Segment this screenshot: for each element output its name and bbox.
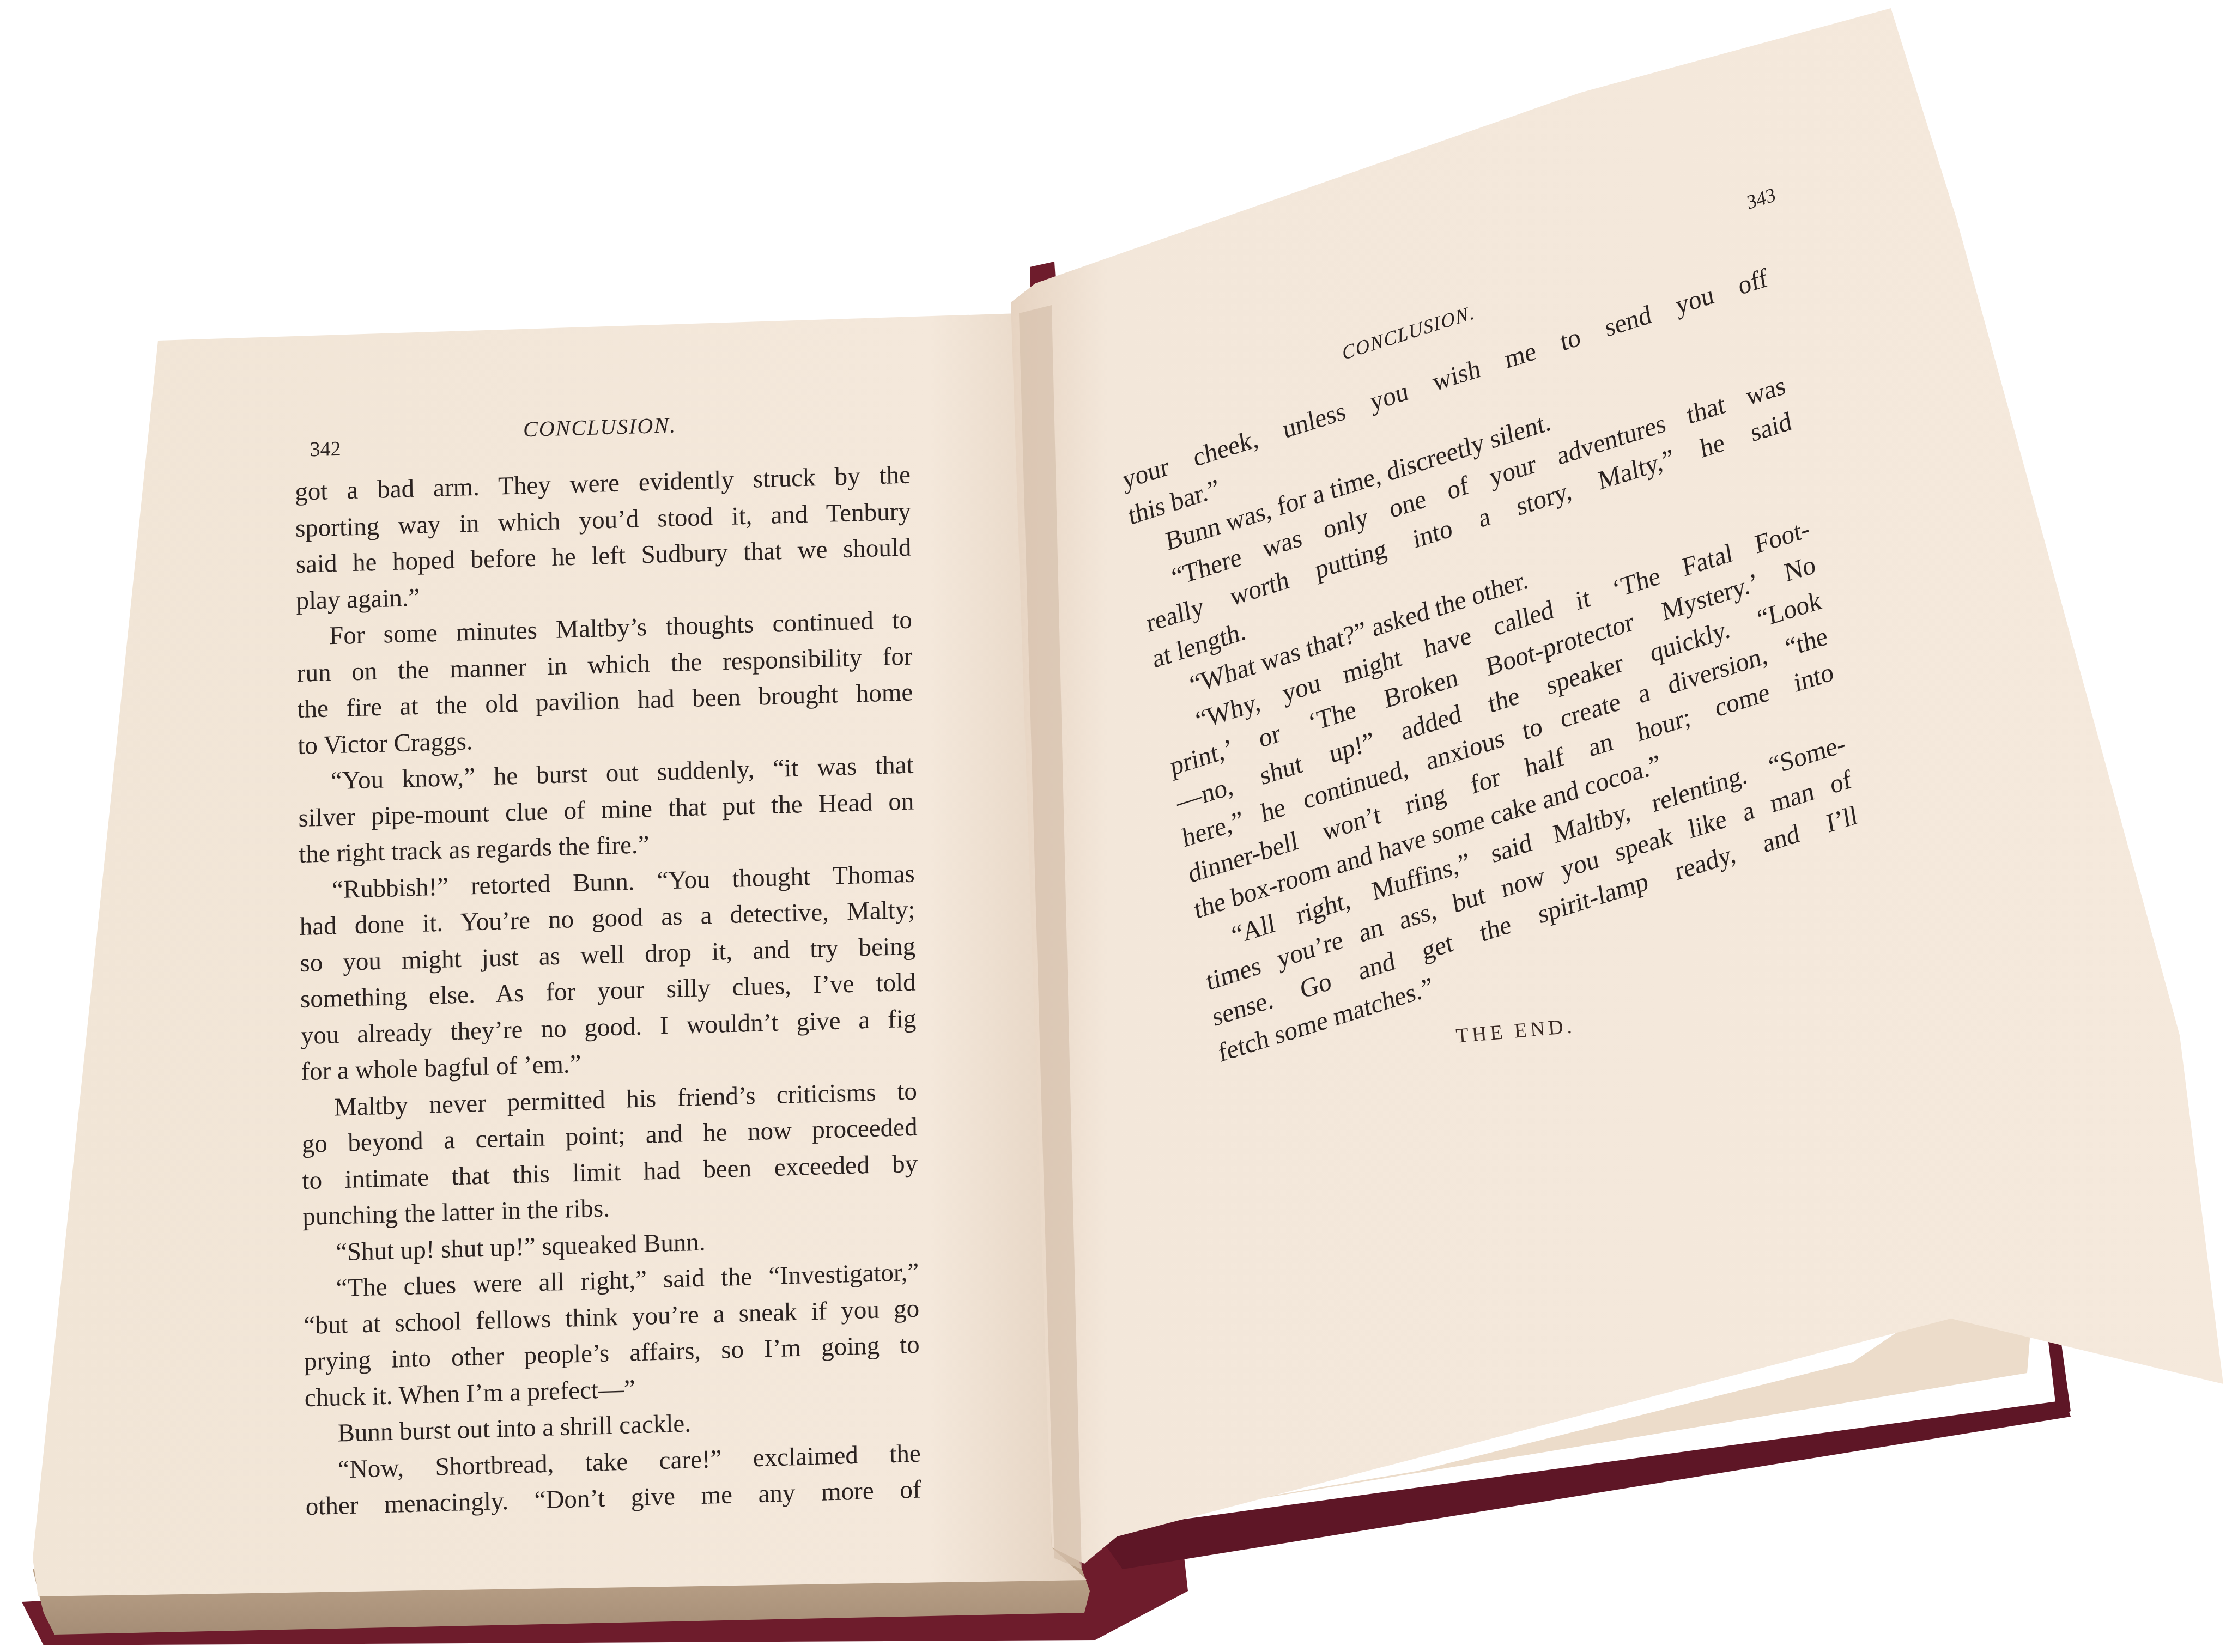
page-body: got a bad arm. They were evidently struc… (295, 457, 921, 1525)
open-book-photo: 342 CONCLUSION. got a bad arm. They were… (0, 0, 2232, 1652)
running-head: CONCLUSION. (523, 412, 676, 442)
page-number: 342 (310, 437, 341, 462)
left-page-text: 342 CONCLUSION. got a bad arm. They were… (294, 402, 921, 1525)
